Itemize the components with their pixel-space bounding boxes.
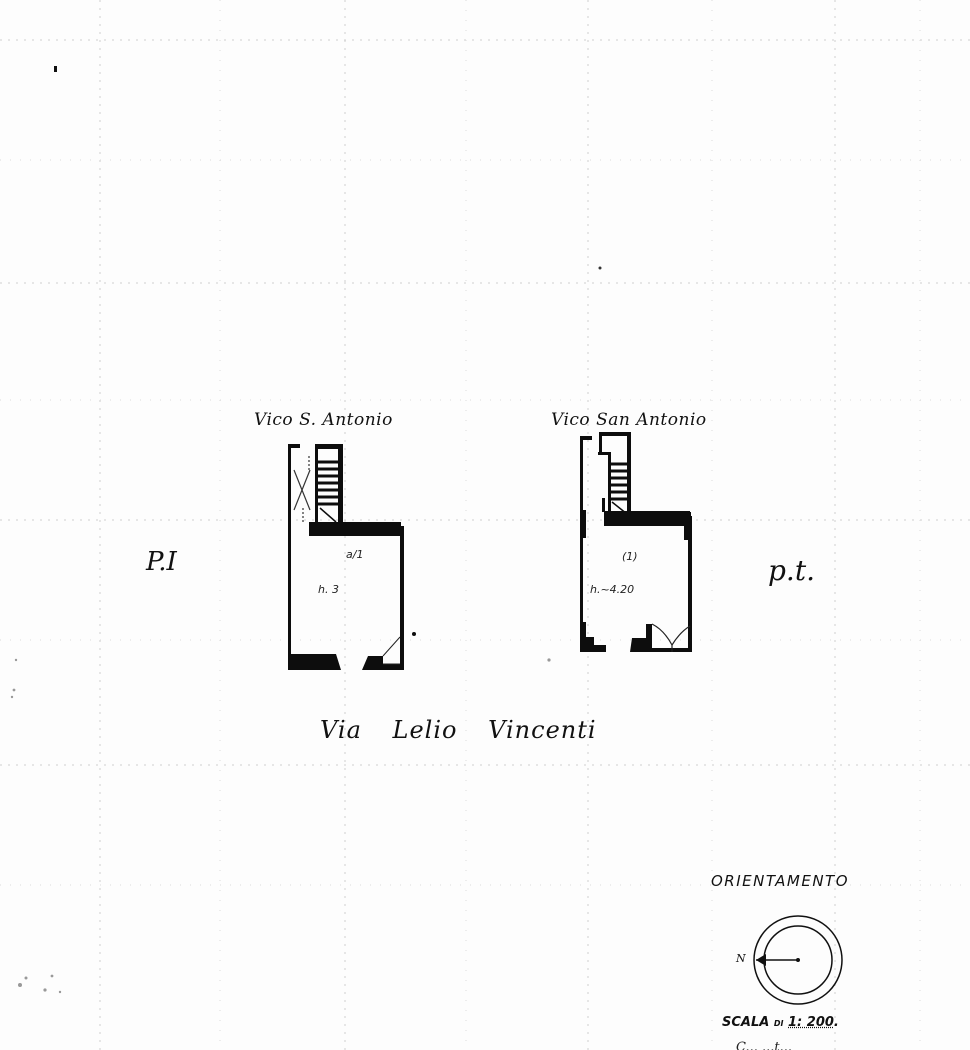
scale-prefix: SCALA <box>722 1015 769 1030</box>
signature-partial: C... ...t... <box>736 1040 792 1050</box>
floor-label-primo-piano: P.I <box>146 547 177 577</box>
street-label-vico-san-antonio-right: Vico San Antonio <box>551 410 707 430</box>
room-left-category: a/1 <box>346 548 363 561</box>
scale-di: DI <box>774 1019 784 1028</box>
north-compass <box>754 916 842 1004</box>
street-label-via-lelio-vincenti: Via Lelio Vincenti <box>320 716 597 744</box>
north-letter: N <box>736 952 746 965</box>
scale-label: SCALA DI 1: 200. <box>722 1015 839 1030</box>
scale-suffix: . <box>834 1015 839 1030</box>
room-right-category: (1) <box>622 550 638 563</box>
street-label-vico-s-antonio-left: Vico S. Antonio <box>254 410 393 430</box>
scale-value: 1: 200 <box>788 1015 834 1030</box>
floor-plans <box>0 0 970 1050</box>
room-right-height: h.~4.20 <box>590 583 634 596</box>
floor-label-piano-terra: p.t. <box>768 554 815 587</box>
drawing-sheet: Vico S. Antonio Vico San Antonio P.I p.t… <box>0 0 970 1050</box>
plan-right <box>580 432 692 652</box>
room-left-height: h. 3 <box>318 583 339 596</box>
orientation-title: ORIENTAMENTO <box>711 872 849 890</box>
